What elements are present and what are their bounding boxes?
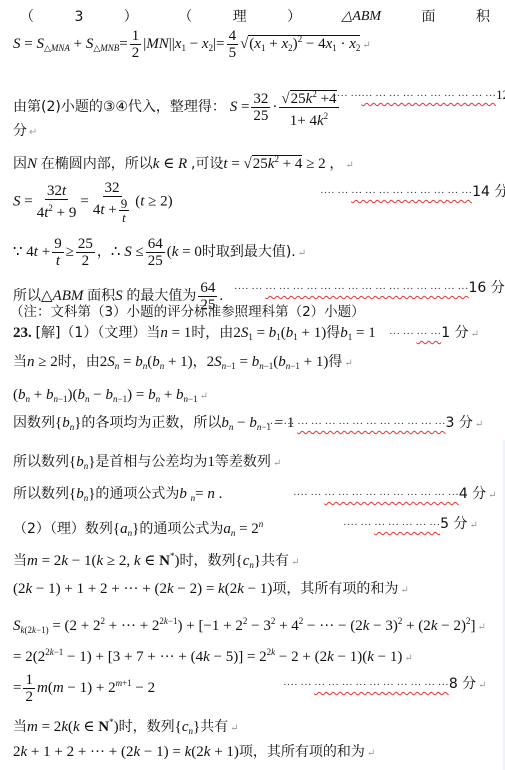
- text: 的最大值为: [126, 288, 196, 304]
- paren-open: （: [178, 8, 192, 26]
- text: 的通项公式为: [139, 521, 223, 537]
- s-in-t-formula: S =32t4t2 + 9=324t +9t(t ≥ 2): [13, 180, 173, 224]
- text: 的通项公式为: [95, 486, 179, 502]
- document-page: （ 3 ） （ 理 ） △ABM 面 积 S = S△MNA + S△MNB=1…: [0, 0, 505, 770]
- score-12: ···· ······ ··· ··· ··· ··· ··· ··· ··· …: [333, 86, 505, 105]
- even-m-case-line: 当m = 2k(k ∈ N*)时，数列{cn}共有↵: [13, 713, 239, 740]
- text: 时，数列: [179, 553, 235, 569]
- factored-equation: (bn + bn−1)(bn − bn−1) = bn + bn−1↵: [13, 386, 208, 408]
- score-16: ···· ··· ··· ··· ··· ··· ··· ··· ··· ···…: [234, 279, 505, 299]
- score-5: ···· ··· ··· ··· ··· ··· ···5 分↵: [343, 515, 478, 535]
- positive-terms-line: 因数列{bn}的各项均为正数，所以bn − bn−1 = 1: [13, 414, 294, 436]
- substitution-line: 由第(2)小题的③④代入，整理得： S =3225·√25k2 +41+ 4k2: [13, 86, 341, 129]
- text: 因数列: [13, 415, 55, 431]
- text: 得: [326, 325, 340, 341]
- general-term-a-line: （2）（理）数列{an}的通项公式为an = 2n: [13, 515, 263, 542]
- score-value: 12: [496, 87, 505, 102]
- text: 时，由: [58, 354, 100, 370]
- recurrence-line: 当n ≥ 2时，由2Sn = bn(bn + 1)，2Sn−1 = bn−1(b…: [13, 353, 353, 375]
- score-value: 4 分: [459, 486, 486, 502]
- inequality-line: ∵ 4t +9t≥252，∴ S ≤6425(k = 0时取到最大值).↵: [13, 236, 306, 269]
- score-3: ···· ··· ··· ··· ··· ··· ··· ··· ··· ···…: [266, 414, 483, 434]
- score-value: 8 分: [449, 676, 476, 692]
- score-1: ··· ··· ··· ···1 分↵: [389, 324, 479, 344]
- score-value: 14 分: [472, 184, 505, 200]
- text: 项，其所有项的和为: [239, 744, 365, 760]
- text: 得: [328, 354, 342, 370]
- text: .: [219, 288, 223, 304]
- question-number: 23.: [13, 325, 32, 341]
- score-unit: 分: [13, 123, 27, 139]
- score-value: 3 分: [446, 415, 473, 431]
- odd-sum-result: =12m(m − 1) + 2m+1 − 2: [13, 672, 155, 705]
- part-number: 3: [74, 8, 83, 26]
- general-term-b-line: 所以数列{bn}的通项公式为b n= n .: [13, 485, 222, 507]
- score-value: 16 分: [469, 280, 505, 296]
- triangle-abm: △ABM: [342, 8, 382, 26]
- text: 时取到最大值).: [202, 244, 296, 260]
- odd-sum-simplified: = 2(22k−1 − 1) + [3 + 7 + ··· + (4k − 5)…: [13, 643, 413, 668]
- score-value: 5 分: [440, 516, 467, 532]
- header-line: （ 3 ） （ 理 ） △ABM 面 积: [20, 8, 490, 26]
- note-text: （注：文科第（3）小题的评分标准参照理科第（2）小题）: [10, 304, 365, 320]
- score-14: ···· ··· ··· ··· ··· ··· ··· ··· ··· ···…: [320, 183, 505, 203]
- text: 等差数列: [215, 454, 271, 470]
- text: 当: [13, 719, 27, 735]
- odd-m-case-line: 当m = 2k − 1(k ≥ 2, k ∈ N*)时，数列{cn}共有↵: [13, 547, 299, 574]
- odd-term-count-line: (2k − 1) + 1 + 2 + ··· + (2k − 2) = k(2k…: [13, 580, 409, 600]
- even-term-count-line: 2k + 1 + 2 + ··· + (2k − 1) = k(2k + 1)项…: [13, 743, 375, 763]
- score-4: ···· ··· ··· ··· ··· ··· ··· ··· ··· ···…: [293, 485, 497, 505]
- paren-open: （: [20, 8, 34, 26]
- text: 项，其所有项的和为: [272, 581, 398, 597]
- text: 是首相与公差均为: [95, 454, 207, 470]
- score-unit-line: 分↵: [13, 122, 37, 142]
- odd-sum-expansion: Sk(2k−1) = (2 + 22 + ··· + 22k−1) + [−1 …: [13, 612, 486, 639]
- text: 的各项均为正数，所以: [81, 415, 221, 431]
- text: 所以数列: [13, 486, 69, 502]
- text: [解]（1）（文理）当: [36, 325, 161, 341]
- paren-close: ）: [287, 8, 301, 26]
- science-label: 理: [233, 8, 247, 26]
- text: 因: [13, 156, 27, 172]
- area-formula: S = S△MNA + S△MNB=12|MN||x1 − x2|=45√(x1…: [13, 28, 371, 61]
- text: 共有: [261, 553, 289, 569]
- area-char-1: 面: [422, 8, 436, 26]
- ellipse-condition-line: 因N 在椭圆内部，所以k ∈ R ,可设t = √25k2 + 4 ≥ 2 ，↵: [13, 150, 354, 175]
- text: 时，由: [191, 325, 233, 341]
- text: ，: [97, 244, 111, 260]
- liberal-arts-note: （注：文科第（3）小题的评分标准参照理科第（2）小题）: [10, 303, 365, 321]
- text: （2）（理）数列: [13, 521, 113, 537]
- text: ，: [193, 354, 207, 370]
- question-23-start: 23. [解]（1）（文理）当n = 1时，由2S1 = b1(b1 + 1)得…: [13, 324, 376, 346]
- text: 所以数列: [13, 454, 69, 470]
- arithmetic-sequence-line: 所以数列{bn}是首相与公差均为1等差数列↵: [13, 453, 281, 475]
- text: 当: [13, 354, 27, 370]
- substitution-text: 由第(2)小题的③④代入，整理得：: [13, 99, 226, 115]
- text: 所以: [13, 288, 41, 304]
- text: 在椭圆内部，所以: [41, 156, 153, 172]
- text: 面积: [87, 288, 115, 304]
- text: 共有: [200, 719, 228, 735]
- score-8: ···· ··· ··· ··· ··· ··· ··· ··· ··· ···…: [283, 675, 487, 695]
- text: 当: [13, 553, 27, 569]
- paren-close: ）: [124, 8, 138, 26]
- text: 时，数列: [119, 719, 175, 735]
- text: ,可设: [191, 156, 223, 172]
- score-value: 1 分: [441, 325, 468, 341]
- text: ，: [329, 156, 343, 172]
- area-char-2: 积: [476, 8, 490, 26]
